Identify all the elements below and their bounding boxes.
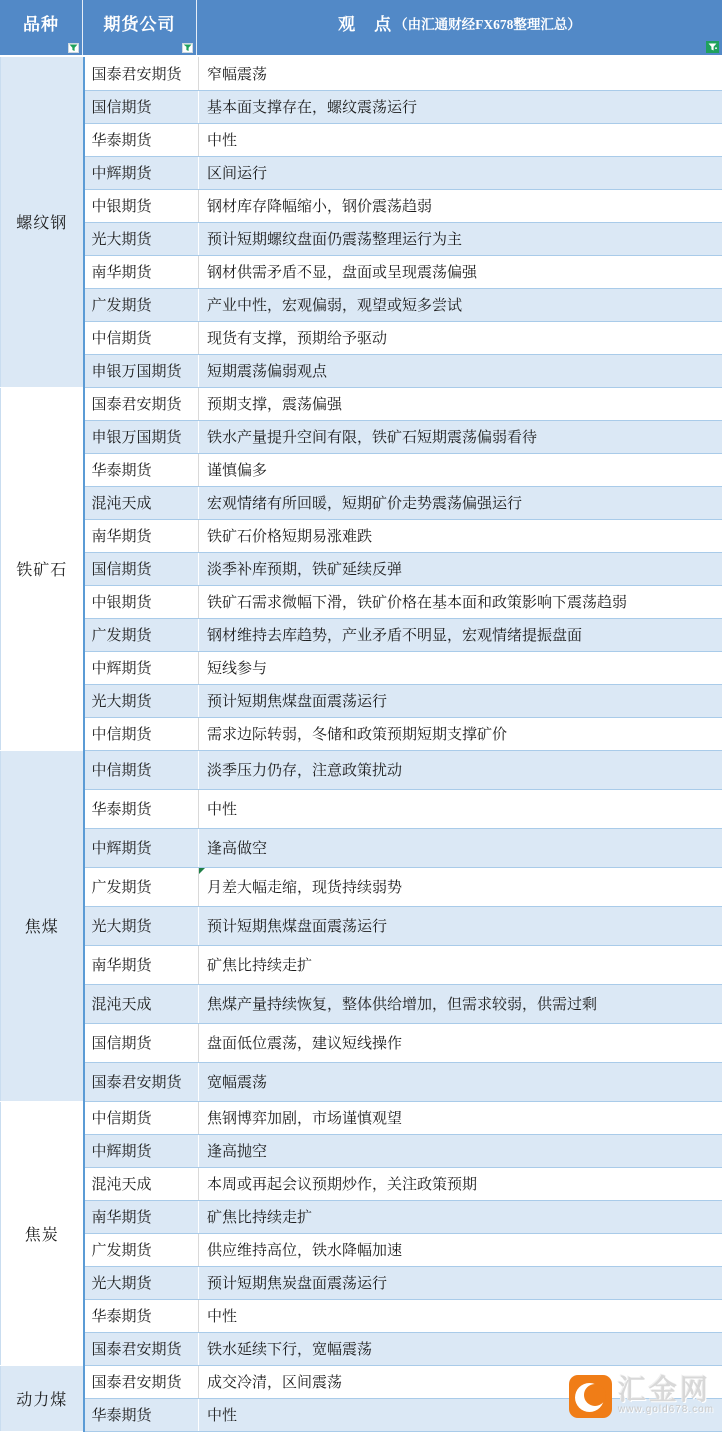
company-cell[interactable]: 华泰期货 bbox=[84, 453, 199, 486]
viewpoint-cell[interactable]: 焦煤产量持续恢复，整体供给增加，但需求较弱，供需过剩 bbox=[199, 984, 722, 1023]
table-row: 广发期货月差大幅走缩，现货持续弱势 bbox=[1, 867, 722, 906]
table-row: 广发期货产业中性，宏观偏弱，观望或短多尝试 bbox=[1, 288, 722, 321]
viewpoint-cell[interactable]: 焦钢博弈加剧，市场谨慎观望 bbox=[199, 1101, 722, 1134]
company-cell[interactable]: 南华期货 bbox=[84, 255, 199, 288]
company-cell[interactable]: 中辉期货 bbox=[84, 651, 199, 684]
company-cell[interactable]: 光大期货 bbox=[84, 906, 199, 945]
viewpoint-cell[interactable]: 现货有支撑，预期给予驱动 bbox=[199, 321, 722, 354]
table-row: 中信期货现货有支撑，预期给予驱动 bbox=[1, 321, 722, 354]
viewpoint-cell[interactable]: 钢材库存降幅缩小，钢价震荡趋弱 bbox=[199, 189, 722, 222]
table-row: 国信期货盘面低位震荡，建议短线操作 bbox=[1, 1023, 722, 1062]
company-cell[interactable]: 申银万国期货 bbox=[84, 354, 199, 387]
company-cell[interactable]: 申银万国期货 bbox=[84, 420, 199, 453]
table-row: 中辉期货逢高抛空 bbox=[1, 1134, 722, 1167]
table-row: 申银万国期货短期震荡偏弱观点 bbox=[1, 354, 722, 387]
company-cell[interactable]: 南华期货 bbox=[84, 945, 199, 984]
company-cell[interactable]: 国泰君安期货 bbox=[84, 1062, 199, 1101]
viewpoint-cell[interactable]: 月差大幅走缩，现货持续弱势 bbox=[199, 867, 722, 906]
company-cell[interactable]: 中辉期货 bbox=[84, 828, 199, 867]
header-view-note: （由汇通财经FX678整理汇总） bbox=[394, 13, 581, 33]
variety-cell[interactable]: 铁矿石 bbox=[1, 387, 84, 750]
header-company-label: 期货公司 bbox=[104, 10, 176, 35]
table-row: 国泰君安期货铁水延续下行，宽幅震荡 bbox=[1, 1332, 722, 1365]
table-row: 南华期货矿焦比持续走扩 bbox=[1, 945, 722, 984]
table-row: 光大期货预计短期焦炭盘面震荡运行 bbox=[1, 1266, 722, 1299]
company-cell[interactable]: 广发期货 bbox=[84, 867, 199, 906]
watermark-site-name: 汇金网 bbox=[618, 1378, 714, 1404]
table-row: 国泰君安期货宽幅震荡 bbox=[1, 1062, 722, 1101]
table-row: 混沌天成焦煤产量持续恢复，整体供给增加，但需求较弱，供需过剩 bbox=[1, 984, 722, 1023]
company-cell[interactable]: 中信期货 bbox=[84, 750, 199, 789]
company-cell[interactable]: 广发期货 bbox=[84, 618, 199, 651]
table-row: 南华期货铁矿石价格短期易涨难跌 bbox=[1, 519, 722, 552]
company-cell[interactable]: 华泰期货 bbox=[84, 1299, 199, 1332]
viewpoint-cell[interactable]: 谨慎偏多 bbox=[199, 453, 722, 486]
header-cell-variety[interactable]: 品种 bbox=[0, 0, 83, 55]
company-cell[interactable]: 国信期货 bbox=[84, 90, 199, 123]
viewpoint-cell[interactable]: 基本面支撑存在，螺纹震荡运行 bbox=[199, 90, 722, 123]
company-cell[interactable]: 混沌天成 bbox=[84, 486, 199, 519]
company-cell[interactable]: 光大期货 bbox=[84, 684, 199, 717]
header-view-label: 观 点 bbox=[338, 10, 392, 35]
viewpoint-cell[interactable]: 淡季补库预期，铁矿延续反弹 bbox=[199, 552, 722, 585]
company-cell[interactable]: 国信期货 bbox=[84, 552, 199, 585]
table-row: 南华期货矿焦比持续走扩 bbox=[1, 1200, 722, 1233]
table-row: 中信期货需求边际转弱，冬储和政策预期短期支撑矿价 bbox=[1, 717, 722, 750]
company-cell[interactable]: 中银期货 bbox=[84, 189, 199, 222]
table-row: 华泰期货中性 bbox=[1, 123, 722, 156]
viewpoint-cell[interactable]: 中性 bbox=[199, 1299, 722, 1332]
viewpoint-cell[interactable]: 钢材供需矛盾不显，盘面或呈现震荡偏强 bbox=[199, 255, 722, 288]
viewpoint-cell[interactable]: 钢材维持去库趋势，产业矛盾不明显，宏观情绪提振盘面 bbox=[199, 618, 722, 651]
company-cell[interactable]: 中辉期货 bbox=[84, 156, 199, 189]
viewpoint-cell[interactable]: 中性 bbox=[199, 789, 722, 828]
table-row: 华泰期货谨慎偏多 bbox=[1, 453, 722, 486]
table-body: 螺纹钢国泰君安期货窄幅震荡国信期货基本面支撑存在，螺纹震荡运行华泰期货中性中辉期… bbox=[1, 57, 722, 1431]
table-row: 光大期货预计短期焦煤盘面震荡运行 bbox=[1, 906, 722, 945]
company-cell[interactable]: 广发期货 bbox=[84, 1233, 199, 1266]
company-cell[interactable]: 国泰君安期货 bbox=[84, 57, 199, 90]
company-cell[interactable]: 华泰期货 bbox=[84, 1398, 199, 1431]
table-row: 焦炭中信期货焦钢博弈加剧，市场谨慎观望 bbox=[1, 1101, 722, 1134]
viewpoint-cell[interactable]: 预期支撑，震荡偏强 bbox=[199, 387, 722, 420]
filter-dropdown-icon-view[interactable] bbox=[706, 41, 719, 53]
table-row: 光大期货预计短期焦煤盘面震荡运行 bbox=[1, 684, 722, 717]
company-cell[interactable]: 中信期货 bbox=[84, 717, 199, 750]
variety-cell[interactable]: 动力煤 bbox=[1, 1365, 84, 1431]
variety-cell[interactable]: 螺纹钢 bbox=[1, 57, 84, 387]
table-row: 中辉期货逢高做空 bbox=[1, 828, 722, 867]
table-row: 中银期货钢材库存降幅缩小，钢价震荡趋弱 bbox=[1, 189, 722, 222]
spreadsheet: 品种 期货公司 观 点 （由汇通财经FX678整理汇总） 螺纹钢国泰君安期货窄幅… bbox=[0, 0, 722, 1433]
company-cell[interactable]: 南华期货 bbox=[84, 1200, 199, 1233]
variety-cell[interactable]: 焦炭 bbox=[1, 1101, 84, 1365]
filter-dropdown-icon-variety[interactable] bbox=[68, 43, 79, 53]
viewpoint-cell[interactable]: 预计短期焦炭盘面震荡运行 bbox=[199, 1266, 722, 1299]
viewpoint-cell[interactable]: 逢高做空 bbox=[199, 828, 722, 867]
viewpoint-cell[interactable]: 铁水产量提升空间有限，铁矿石短期震荡偏弱看待 bbox=[199, 420, 722, 453]
viewpoint-cell[interactable]: 产业中性，宏观偏弱，观望或短多尝试 bbox=[199, 288, 722, 321]
company-cell[interactable]: 光大期货 bbox=[84, 222, 199, 255]
company-cell[interactable]: 光大期货 bbox=[84, 1266, 199, 1299]
viewpoint-cell[interactable]: 铁矿石价格短期易涨难跌 bbox=[199, 519, 722, 552]
table-row: 申银万国期货铁水产量提升空间有限，铁矿石短期震荡偏弱看待 bbox=[1, 420, 722, 453]
table-row: 国信期货基本面支撑存在，螺纹震荡运行 bbox=[1, 90, 722, 123]
viewpoint-cell[interactable]: 需求边际转弱，冬储和政策预期短期支撑矿价 bbox=[199, 717, 722, 750]
table-row: 铁矿石国泰君安期货预期支撑，震荡偏强 bbox=[1, 387, 722, 420]
viewpoint-cell[interactable]: 淡季压力仍存，注意政策扰动 bbox=[199, 750, 722, 789]
company-cell[interactable]: 混沌天成 bbox=[84, 984, 199, 1023]
viewpoint-cell[interactable]: 矿焦比持续走扩 bbox=[199, 945, 722, 984]
table-row: 混沌天成本周或再起会议预期炒作，关注政策预期 bbox=[1, 1167, 722, 1200]
viewpoint-cell[interactable]: 短期震荡偏弱观点 bbox=[199, 354, 722, 387]
company-cell[interactable]: 国信期货 bbox=[84, 1023, 199, 1062]
table-row: 广发期货供应维持高位，铁水降幅加速 bbox=[1, 1233, 722, 1266]
table-row: 螺纹钢国泰君安期货窄幅震荡 bbox=[1, 57, 722, 90]
viewpoint-cell[interactable]: 供应维持高位，铁水降幅加速 bbox=[199, 1233, 722, 1266]
table-row: 中银期货铁矿石需求微幅下滑，铁矿价格在基本面和政策影响下震荡趋弱 bbox=[1, 585, 722, 618]
company-cell[interactable]: 国泰君安期货 bbox=[84, 1365, 199, 1398]
variety-cell[interactable]: 焦煤 bbox=[1, 750, 84, 1101]
table-row: 国信期货淡季补库预期，铁矿延续反弹 bbox=[1, 552, 722, 585]
company-cell[interactable]: 中信期货 bbox=[84, 1101, 199, 1134]
huijin-crescent-logo-icon bbox=[569, 1375, 612, 1418]
cell-comment-marker bbox=[199, 868, 205, 874]
header-cell-view[interactable]: 观 点 （由汇通财经FX678整理汇总） bbox=[197, 0, 722, 55]
viewpoint-cell[interactable]: 中性 bbox=[199, 123, 722, 156]
table-row: 华泰期货中性 bbox=[1, 789, 722, 828]
viewpoint-cell[interactable]: 矿焦比持续走扩 bbox=[199, 1200, 722, 1233]
company-cell[interactable]: 国泰君安期货 bbox=[84, 1332, 199, 1365]
table-row: 中辉期货短线参与 bbox=[1, 651, 722, 684]
company-cell[interactable]: 中信期货 bbox=[84, 321, 199, 354]
viewpoint-cell[interactable]: 区间运行 bbox=[199, 156, 722, 189]
viewpoint-cell[interactable]: 预计短期焦煤盘面震荡运行 bbox=[199, 684, 722, 717]
company-cell[interactable]: 华泰期货 bbox=[84, 123, 199, 156]
table-row: 光大期货预计短期螺纹盘面仍震荡整理运行为主 bbox=[1, 222, 722, 255]
table-row: 华泰期货中性 bbox=[1, 1299, 722, 1332]
viewpoint-cell[interactable]: 铁水延续下行，宽幅震荡 bbox=[199, 1332, 722, 1365]
table-row: 广发期货钢材维持去库趋势，产业矛盾不明显，宏观情绪提振盘面 bbox=[1, 618, 722, 651]
company-cell[interactable]: 中银期货 bbox=[84, 585, 199, 618]
viewpoint-cell[interactable]: 铁矿石需求微幅下滑，铁矿价格在基本面和政策影响下震荡趋弱 bbox=[199, 585, 722, 618]
viewpoint-cell[interactable]: 宏观情绪有所回暖，短期矿价走势震荡偏强运行 bbox=[199, 486, 722, 519]
viewpoints-table: 螺纹钢国泰君安期货窄幅震荡国信期货基本面支撑存在，螺纹震荡运行华泰期货中性中辉期… bbox=[0, 57, 722, 1432]
viewpoint-cell[interactable]: 短线参与 bbox=[199, 651, 722, 684]
table-row: 混沌天成宏观情绪有所回暖，短期矿价走势震荡偏强运行 bbox=[1, 486, 722, 519]
header-cell-company[interactable]: 期货公司 bbox=[83, 0, 197, 55]
viewpoint-cell[interactable]: 预计短期焦煤盘面震荡运行 bbox=[199, 906, 722, 945]
watermark-site-url: www.gold678.com bbox=[618, 1404, 714, 1415]
watermark: 汇金网 www.gold678.com bbox=[569, 1375, 714, 1418]
viewpoint-cell[interactable]: 本周或再起会议预期炒作，关注政策预期 bbox=[199, 1167, 722, 1200]
company-cell[interactable]: 混沌天成 bbox=[84, 1167, 199, 1200]
viewpoint-cell[interactable]: 窄幅震荡 bbox=[199, 57, 722, 90]
viewpoint-cell[interactable]: 预计短期螺纹盘面仍震荡整理运行为主 bbox=[199, 222, 722, 255]
table-row: 中辉期货区间运行 bbox=[1, 156, 722, 189]
company-cell[interactable]: 国泰君安期货 bbox=[84, 387, 199, 420]
table-row: 南华期货钢材供需矛盾不显，盘面或呈现震荡偏强 bbox=[1, 255, 722, 288]
viewpoint-cell[interactable]: 逢高抛空 bbox=[199, 1134, 722, 1167]
company-cell[interactable]: 南华期货 bbox=[84, 519, 199, 552]
table-header: 品种 期货公司 观 点 （由汇通财经FX678整理汇总） bbox=[0, 0, 722, 55]
header-variety-label: 品种 bbox=[23, 10, 59, 35]
company-cell[interactable]: 广发期货 bbox=[84, 288, 199, 321]
viewpoint-cell[interactable]: 盘面低位震荡，建议短线操作 bbox=[199, 1023, 722, 1062]
filter-dropdown-icon-company[interactable] bbox=[182, 43, 193, 53]
viewpoint-cell[interactable]: 宽幅震荡 bbox=[199, 1062, 722, 1101]
company-cell[interactable]: 中辉期货 bbox=[84, 1134, 199, 1167]
table-row: 焦煤中信期货淡季压力仍存，注意政策扰动 bbox=[1, 750, 722, 789]
company-cell[interactable]: 华泰期货 bbox=[84, 789, 199, 828]
